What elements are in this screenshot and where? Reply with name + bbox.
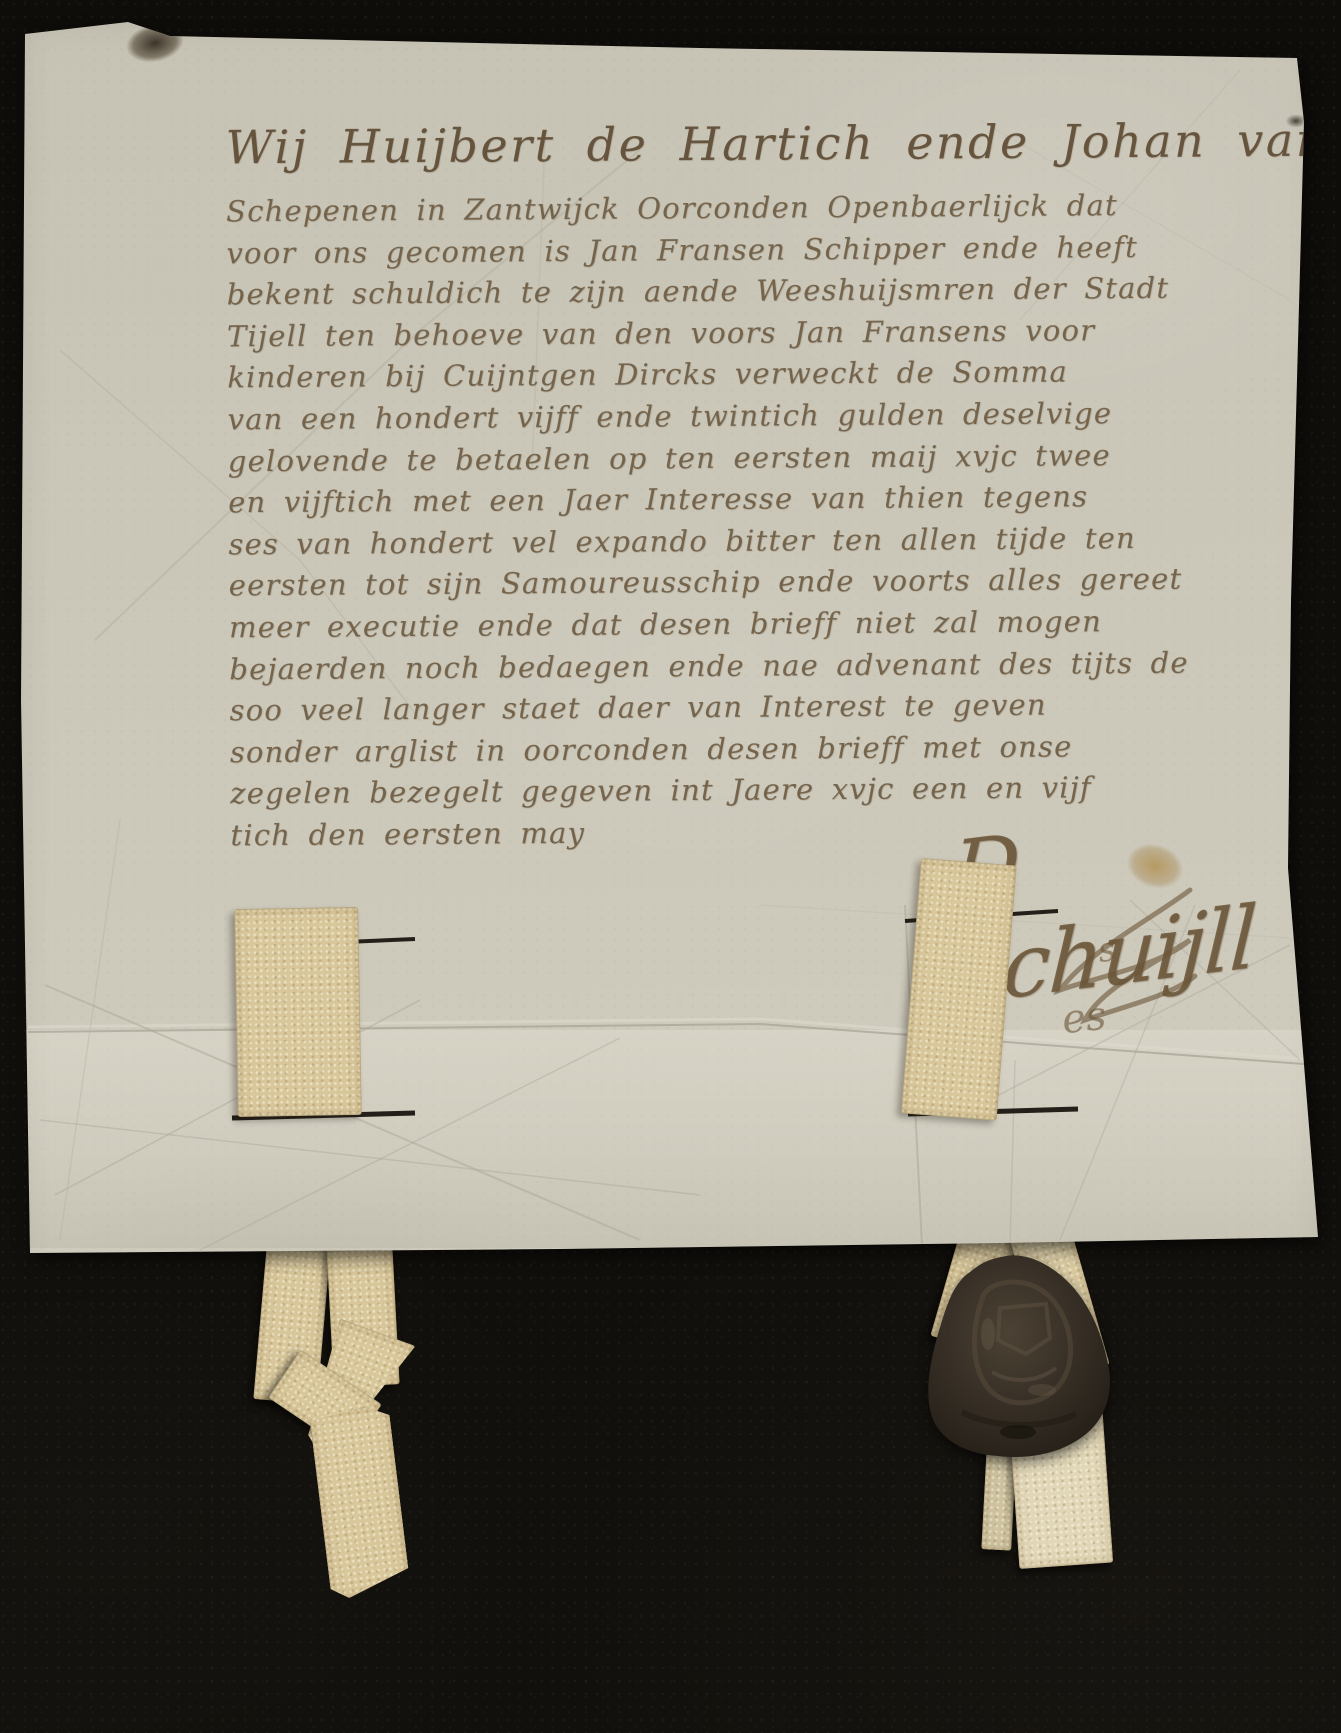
manuscript-line: voor ons gecomen is Jan Fransen Schipper…	[226, 226, 1176, 274]
manuscript-line: Tijell ten behoeve van den voors Jan Fra…	[227, 309, 1177, 357]
manuscript-line: sonder arglist in oorconden desen brieff…	[230, 725, 1180, 773]
stain	[112, 10, 199, 75]
wax-seal	[922, 1242, 1132, 1472]
manuscript-line: gelovende te betaelen op ten eersten mai…	[228, 434, 1178, 482]
manuscript-text: Wij Huijbert de Hartich ende Johan van d…	[225, 109, 1180, 857]
photo-stage: Wij Huijbert de Hartich ende Johan van d…	[0, 0, 1341, 1733]
manuscript-line: en vijftich met een Jaer Interesse van t…	[228, 476, 1178, 524]
manuscript-line: eersten tot sijn Samoureusschip ende voo…	[229, 559, 1179, 607]
manuscript-line: Schepenen in Zantwijck Oorconden Openbae…	[226, 185, 1176, 233]
signature-paraph	[1030, 880, 1230, 1040]
seal-strap-left	[234, 907, 362, 1117]
manuscript-line: zegelen bezegelt gegeven int Jaere xvjc …	[230, 767, 1180, 815]
manuscript-line: Wij Huijbert de Hartich ende Johan van d…	[225, 109, 1176, 192]
manuscript-line: bekent schuldich te zijn aende Weeshuijs…	[227, 268, 1177, 316]
manuscript-line: ses van hondert vel expando bitter ten a…	[228, 517, 1178, 565]
manuscript-line: bejaerden noch bedaegen ende nae advenan…	[229, 642, 1179, 690]
fold-plica	[0, 1030, 1341, 1248]
parchment-charter: Wij Huijbert de Hartich ende Johan van d…	[0, 0, 1341, 1733]
manuscript-line: soo veel langer staet daer van Interest …	[229, 684, 1179, 732]
parchment-wrap: Wij Huijbert de Hartich ende Johan van d…	[0, 0, 1341, 1733]
manuscript-line: kinderen bij Cuijntgen Dircks verweckt d…	[227, 351, 1177, 399]
manuscript-line: meer executie ende dat desen brieff niet…	[229, 601, 1179, 649]
seal-strap-right	[901, 858, 1017, 1121]
manuscript-line: van een hondert vijff ende twintich guld…	[227, 393, 1177, 441]
